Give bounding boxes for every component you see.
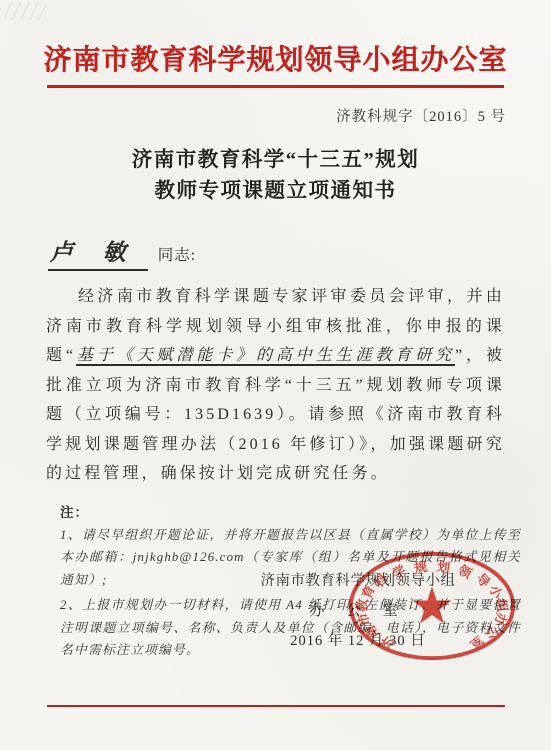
document-number: 济教科规字〔2016〕5 号 — [0, 105, 551, 126]
seal-ring-char: 公 — [482, 623, 502, 643]
seal-ring-char: 组 — [494, 598, 510, 613]
official-seal-icon: 济南市教育科学规划领导小组办公室 — [343, 549, 521, 663]
seal-ring-char: 划 — [436, 559, 451, 576]
recipient-name: 卢 敏 — [48, 234, 148, 271]
notes-label: 注： — [60, 501, 521, 521]
body-paragraph: 经济南市教育科学课题专家评审委员会评审，并由济南市教育科学规划领导小组审核批准，… — [46, 282, 505, 489]
seal-ring-char: 学 — [390, 562, 409, 581]
title-line-1: 济南市教育科学“十三五”规划 — [0, 145, 551, 176]
title-line-2: 教师专项课题立项通知书 — [0, 176, 551, 207]
footer-divider — [47, 705, 505, 707]
scan-artifact — [4, 2, 46, 20]
document-title: 济南市教育科学“十三五”规划 教师专项课题立项通知书 — [0, 145, 551, 207]
salutation-suffix: 同志: — [158, 243, 196, 265]
salutation: 卢 敏 同志: — [48, 234, 551, 271]
header-divider — [47, 85, 504, 88]
seal-ring-char: 育 — [359, 583, 378, 601]
body-text-post: ”，被批准立项为济南市教育科学“十三五”规划教师专项课题（立项编号：135D16… — [46, 347, 505, 482]
seal-ring-char: 市 — [355, 611, 372, 627]
seal-star-icon — [413, 587, 452, 624]
issuing-office-header: 济南市教育科学规划领导小组办公室 — [0, 38, 551, 78]
approved-project-title: 基于《天赋潜能卡》的高中生生涯教育研究 — [76, 347, 455, 364]
seal-ring-char: 室 — [467, 633, 487, 653]
seal-ring-char: 规 — [412, 559, 428, 576]
seal-ring-char: 领 — [455, 562, 475, 582]
document-page: 济南市教育科学规划领导小组办公室 济教科规字〔2016〕5 号 济南市教育科学“… — [0, 0, 551, 750]
